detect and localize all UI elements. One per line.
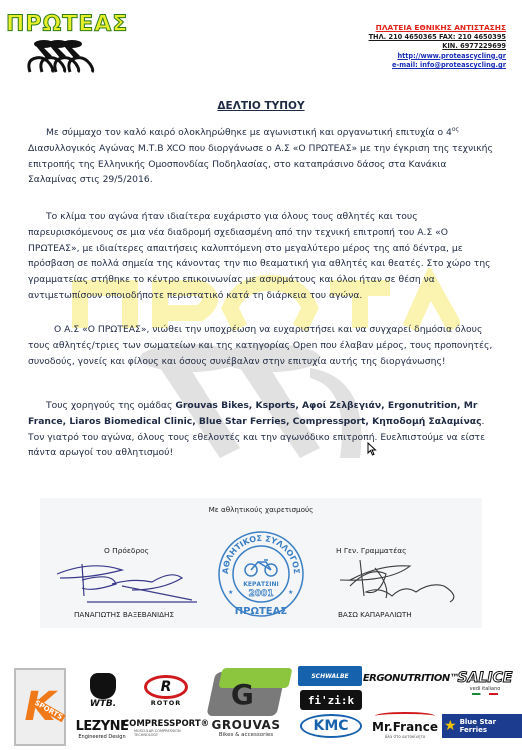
sponsor-ksports-logo: K SPORTS <box>14 668 66 746</box>
sponsor-salice-logo: SALICE vedi italiano <box>452 666 518 698</box>
email-link[interactable]: e-mail: info@proteascycling.gr <box>369 61 506 71</box>
stamp-city: ΚΕΡΑΤΣΙΝΙ <box>243 581 278 588</box>
club-stamp-icon: ΑΘΛΗΤΙΚΟΣ ΣΥΛΛΟΓΟΣ ΚΕΡΑΤΣΙΝΙ 2001 ΠΡΩΤΕΑ… <box>216 526 306 626</box>
sponsor-fizik-logo: fi'zi:k <box>300 690 362 710</box>
mobile: ΚΙΝ. 6977229699 <box>369 42 506 52</box>
closing-greeting: Με αθλητικούς χαιρετισμούς <box>40 505 482 514</box>
stamp-bottom-text: ΠΡΩΤΕΑΣ <box>235 606 288 617</box>
mouse-cursor-icon <box>367 442 377 456</box>
paragraph-3: Ο Α.Σ «Ο ΠΡΩΤΕΑΣ», νιώθει την υποχρέωση … <box>28 322 494 369</box>
italian-flag-icon <box>472 693 498 695</box>
cyclists-icon <box>22 36 102 74</box>
president-signature-icon <box>52 556 202 606</box>
proteas-logo: ΠΡΩΤΕΑΣ <box>4 12 114 74</box>
rotor-mark-icon: R <box>144 675 188 699</box>
sponsor-grouvas-logo: G GROUVAS Bikes & accessories <box>198 664 294 746</box>
secretary-role: Η Γεν. Γραμματέας <box>336 546 406 555</box>
sponsor-bluestar-logo: ★ Blue Star Ferries <box>442 714 522 738</box>
svg-text:★: ★ <box>228 589 233 596</box>
svg-text:★: ★ <box>288 589 293 596</box>
sponsor-wtb-logo: WTB. <box>78 670 128 712</box>
sponsor-mrfrance-logo: Mr.France όλα στο αυτοκίνητο <box>370 706 440 744</box>
star-icon: ★ <box>444 718 457 734</box>
car-outline-icon <box>375 712 435 720</box>
signature-block: Με αθλητικούς χαιρετισμούς Ο Πρόεδρος Η … <box>40 498 482 628</box>
phone-fax: ΤΗΛ. 210 4650365 FAX: 210 4650395 <box>369 33 506 43</box>
document-title: ΔΕΛΤΙΟ ΤΥΠΟΥ <box>0 100 522 112</box>
sponsor-schwalbe-logo: SCHWALBE <box>298 666 362 686</box>
website-link[interactable]: http://www.proteascycling.gr <box>369 52 506 62</box>
secretary-signature-icon <box>330 556 470 606</box>
sponsor-lezyne-logo: LEZYNE Engineered Design <box>68 712 136 746</box>
wtb-mark-icon <box>90 673 116 699</box>
paragraph-4-sponsors: Τους χορηγούς της ομάδας Grouvas Bikes, … <box>28 398 494 461</box>
address: ΠΛΑΤΕΙΑ ΕΘΝΙΚΗΣ ΑΝΤΙΣΤΑΣΗΣ <box>369 23 506 33</box>
sponsor-compressport-logo: COMPRESSPORT® MUSCULAR COMPRESSION TECHN… <box>134 714 198 742</box>
logo-wordmark: ΠΡΩΤΕΑΣ <box>6 12 128 37</box>
sponsor-kmc-logo: KMC <box>300 714 362 738</box>
stamp-year: 2001 <box>248 589 273 599</box>
sponsor-ergonutrition-logo: ERGONUTRITION™ <box>368 666 454 690</box>
grouvas-mark-icon: G <box>206 672 285 716</box>
president-role: Ο Πρόεδρος <box>104 546 149 555</box>
paragraph-1: Με σύμμαχο τον καλό καιρό ολοκληρώθηκε μ… <box>28 125 494 188</box>
paragraph-2: Το κλίμα του αγώνα ήταν ιδιαίτερα ευχάρι… <box>28 209 494 304</box>
president-name: ΠΑΝΑΓΙΩΤΗΣ ΒΑΞΕΒΑΝΙΔΗΣ <box>74 610 174 619</box>
contact-block: ΠΛΑΤΕΙΑ ΕΘΝΙΚΗΣ ΑΝΤΙΣΤΑΣΗΣ ΤΗΛ. 210 4650… <box>369 23 506 71</box>
sponsor-rotor-logo: R ROTOR <box>140 670 192 712</box>
secretary-name: ΒΑΣΩ ΚΑΠΑΡΑΛΙΩΤΗ <box>338 610 412 619</box>
